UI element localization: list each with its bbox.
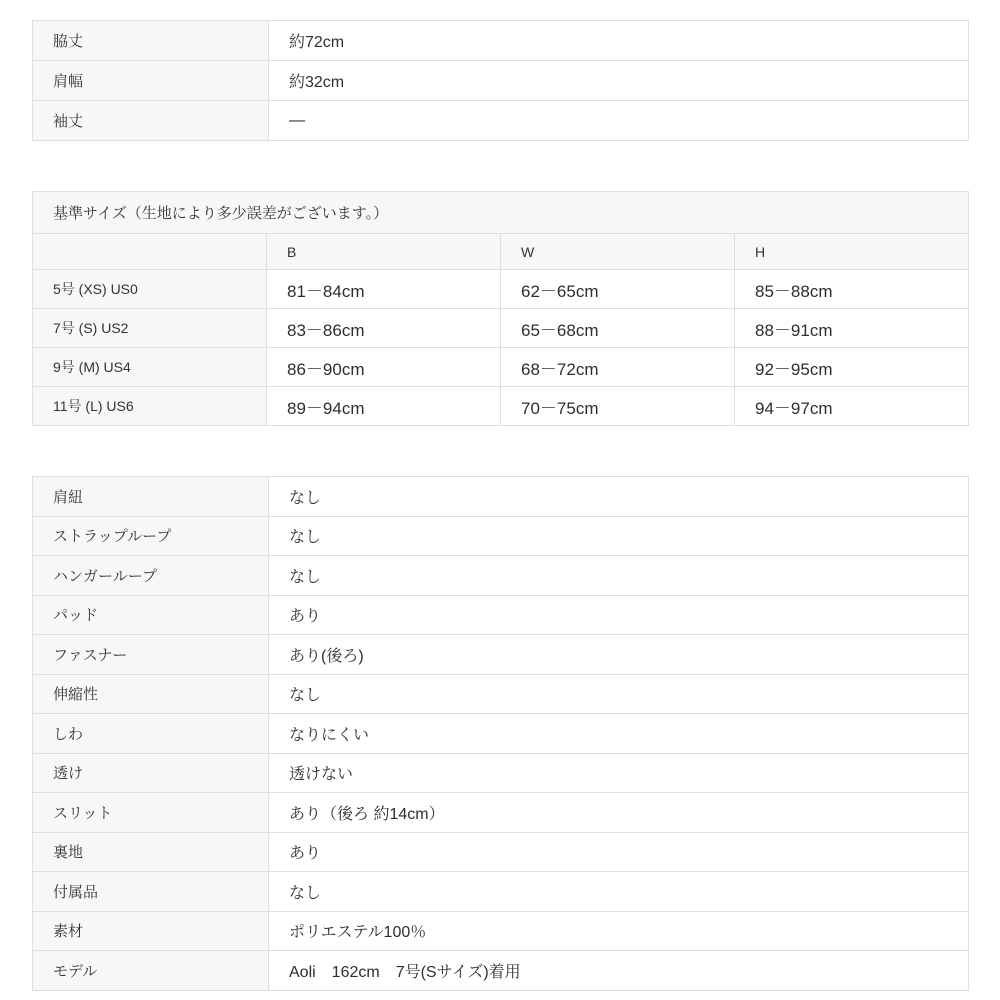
- spec-value-fastener: あり(後ろ): [269, 635, 969, 675]
- table-row: 裏地 あり: [33, 832, 969, 872]
- spec-label-shoulder-strap: 肩紐: [33, 477, 269, 517]
- size-chart-title: 基準サイズ（生地により多少誤差がございます。）: [33, 192, 969, 234]
- size-label: 5号 (XS) US0: [33, 270, 267, 309]
- table-row: モデル Aoli 162cm 7号(Sサイズ)着用: [33, 951, 969, 991]
- bust-range: 81－84cm: [267, 270, 501, 309]
- spec-value-lining: あり: [269, 832, 969, 872]
- table-row: 5号 (XS) US0 81－84cm 62－65cm 85－88cm: [33, 270, 969, 309]
- spec-label-sheerness: 透け: [33, 753, 269, 793]
- hip-range: 92－95cm: [735, 348, 969, 387]
- table-row: 透け 透けない: [33, 753, 969, 793]
- waist-range: 62－65cm: [501, 270, 735, 309]
- table-row: スリット あり（後ろ 約14cm）: [33, 793, 969, 833]
- hip-range: 94－97cm: [735, 387, 969, 426]
- spec-label-pad: パッド: [33, 595, 269, 635]
- spec-table: 肩紐 なし ストラップループ なし ハンガーループ なし パッド あり ファスナ…: [32, 476, 969, 991]
- table-row: しわ なりにくい: [33, 714, 969, 754]
- column-header-hip: H: [735, 234, 969, 270]
- measure-label-sidelength: 脇丈: [33, 21, 269, 61]
- table-row: 袖丈 —: [33, 101, 969, 141]
- table-row: 脇丈 約72cm: [33, 21, 969, 61]
- spec-label-hanger-loop: ハンガーループ: [33, 556, 269, 596]
- table-row: 肩幅 約32cm: [33, 61, 969, 101]
- hip-range: 85－88cm: [735, 270, 969, 309]
- measure-value-shoulderwidth: 約32cm: [269, 61, 969, 101]
- measure-value-sidelength: 約72cm: [269, 21, 969, 61]
- size-chart-table: 基準サイズ（生地により多少誤差がございます。） B W H 5号 (XS) US…: [32, 191, 969, 426]
- spec-label-wrinkle: しわ: [33, 714, 269, 754]
- column-header-waist: W: [501, 234, 735, 270]
- size-chart-title-row: 基準サイズ（生地により多少誤差がございます。）: [33, 192, 969, 234]
- spec-value-accessories: なし: [269, 872, 969, 912]
- table-row: ハンガーループ なし: [33, 556, 969, 596]
- spec-label-lining: 裏地: [33, 832, 269, 872]
- table-row: 11号 (L) US6 89－94cm 70－75cm 94－97cm: [33, 387, 969, 426]
- size-chart-header-row: B W H: [33, 234, 969, 270]
- spec-label-strap-loop: ストラップループ: [33, 516, 269, 556]
- spec-value-wrinkle: なりにくい: [269, 714, 969, 754]
- table-row: ファスナー あり(後ろ): [33, 635, 969, 675]
- bust-range: 86－90cm: [267, 348, 501, 387]
- bust-range: 89－94cm: [267, 387, 501, 426]
- measure-value-sleevelength: —: [269, 101, 969, 141]
- spec-value-stretch: なし: [269, 674, 969, 714]
- measure-label-shoulderwidth: 肩幅: [33, 61, 269, 101]
- column-header-bust: B: [267, 234, 501, 270]
- product-spec-page: 脇丈 約72cm 肩幅 約32cm 袖丈 — 基準サイズ（生地により多少誤差がご…: [0, 0, 1000, 1000]
- spec-value-shoulder-strap: なし: [269, 477, 969, 517]
- spec-value-pad: あり: [269, 595, 969, 635]
- spec-value-slit: あり（後ろ 約14cm）: [269, 793, 969, 833]
- table-row: ストラップループ なし: [33, 516, 969, 556]
- table-row: 7号 (S) US2 83－86cm 65－68cm 88－91cm: [33, 309, 969, 348]
- spec-label-slit: スリット: [33, 793, 269, 833]
- spec-label-stretch: 伸縮性: [33, 674, 269, 714]
- bust-range: 83－86cm: [267, 309, 501, 348]
- spec-value-material: ポリエステル100％: [269, 911, 969, 951]
- table-row: 肩紐 なし: [33, 477, 969, 517]
- table-row: 付属品 なし: [33, 872, 969, 912]
- spec-label-fastener: ファスナー: [33, 635, 269, 675]
- table-row: 伸縮性 なし: [33, 674, 969, 714]
- hip-range: 88－91cm: [735, 309, 969, 348]
- table-row: 素材 ポリエステル100％: [33, 911, 969, 951]
- spec-label-accessories: 付属品: [33, 872, 269, 912]
- waist-range: 70－75cm: [501, 387, 735, 426]
- table-row: 9号 (M) US4 86－90cm 68－72cm 92－95cm: [33, 348, 969, 387]
- spec-value-hanger-loop: なし: [269, 556, 969, 596]
- measure-label-sleevelength: 袖丈: [33, 101, 269, 141]
- measurements-table: 脇丈 約72cm 肩幅 約32cm 袖丈 —: [32, 20, 969, 141]
- column-header-empty: [33, 234, 267, 270]
- spec-value-strap-loop: なし: [269, 516, 969, 556]
- table-row: パッド あり: [33, 595, 969, 635]
- size-label: 9号 (M) US4: [33, 348, 267, 387]
- spec-value-model: Aoli 162cm 7号(Sサイズ)着用: [269, 951, 969, 991]
- spec-label-material: 素材: [33, 911, 269, 951]
- waist-range: 68－72cm: [501, 348, 735, 387]
- spec-label-model: モデル: [33, 951, 269, 991]
- spec-value-sheerness: 透けない: [269, 753, 969, 793]
- size-label: 7号 (S) US2: [33, 309, 267, 348]
- waist-range: 65－68cm: [501, 309, 735, 348]
- size-label: 11号 (L) US6: [33, 387, 267, 426]
